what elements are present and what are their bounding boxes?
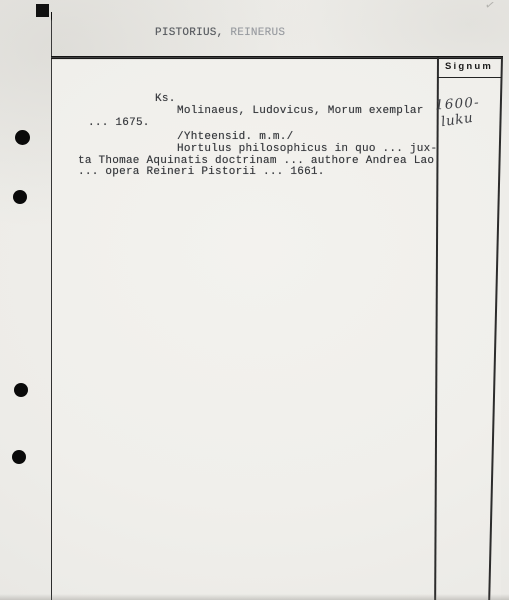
typed-line-title-1: Molinaeus, Ludovicus, Morum exemplar <box>177 106 424 117</box>
typed-line-year-1675: ... 1675. <box>88 118 150 129</box>
hole-punch-dot <box>13 190 27 204</box>
heading-surname: PISTORIUS, <box>155 27 224 39</box>
typed-line-hortulus-2: ta Thomae Aquinatis doctrinam ... author… <box>78 156 434 167</box>
hole-punch-dot <box>14 383 28 397</box>
hole-punch-dot <box>12 450 26 464</box>
handwritten-signum-1600: 1600- <box>434 94 480 113</box>
pencil-check-mark: ✓ <box>484 0 497 13</box>
catalog-card-scan: ✓ PISTORIUS, REINERUS Signum Ks. Molinae… <box>0 0 509 600</box>
typed-line-hortulus-1: Hortulus philosophicus in quo ... jux- <box>177 144 437 155</box>
left-margin-rule <box>51 12 53 600</box>
typed-line-yhteensid-note: /Yhteensid. m.m./ <box>177 132 293 143</box>
hole-punch-dot <box>15 130 30 145</box>
card-box-top-border <box>51 56 503 59</box>
typed-line-ks: Ks. <box>155 94 176 105</box>
signum-column-header: Signum <box>437 61 501 72</box>
typed-line-hortulus-3: ... opera Reineri Pistorii ... 1661. <box>78 167 325 178</box>
heading-forename: REINERUS <box>224 27 286 39</box>
signum-header-bottom-border <box>437 77 502 79</box>
heading-author-name: PISTORIUS, REINERUS <box>155 27 285 39</box>
registration-mark <box>36 4 49 17</box>
